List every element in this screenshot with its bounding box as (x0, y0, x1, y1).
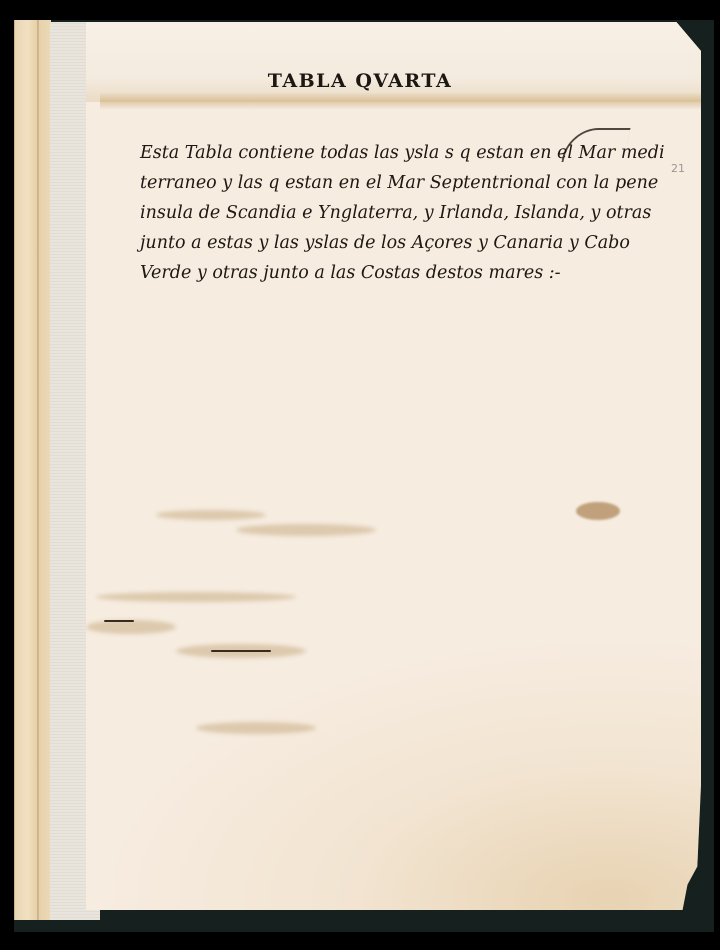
text-line: Verde y otras junto a las Costas destos … (140, 258, 680, 288)
stain (96, 592, 296, 602)
manuscript-text: Esta Tabla contiene todas las ysla s q e… (140, 138, 680, 288)
paper-crack (211, 650, 271, 652)
stain (196, 722, 316, 734)
binding-strip (14, 20, 51, 920)
stain (86, 620, 176, 634)
text-line: terraneo y las q estan en el Mar Septent… (140, 168, 680, 198)
text-line: Esta Tabla contiene todas las ysla s q e… (140, 138, 680, 168)
paper-crack (104, 620, 134, 622)
bottom-discoloration (86, 630, 701, 930)
stain (236, 524, 376, 536)
stain (156, 510, 266, 520)
brown-stain (576, 502, 620, 520)
page-title: TABLA QVARTA (0, 70, 720, 92)
binding-fold (37, 20, 39, 920)
text-line: junto a estas y las yslas de los Açores … (140, 228, 680, 258)
text-line: insula de Scandia e Ynglaterra, y Irland… (140, 198, 680, 228)
water-stain-line (100, 92, 701, 110)
